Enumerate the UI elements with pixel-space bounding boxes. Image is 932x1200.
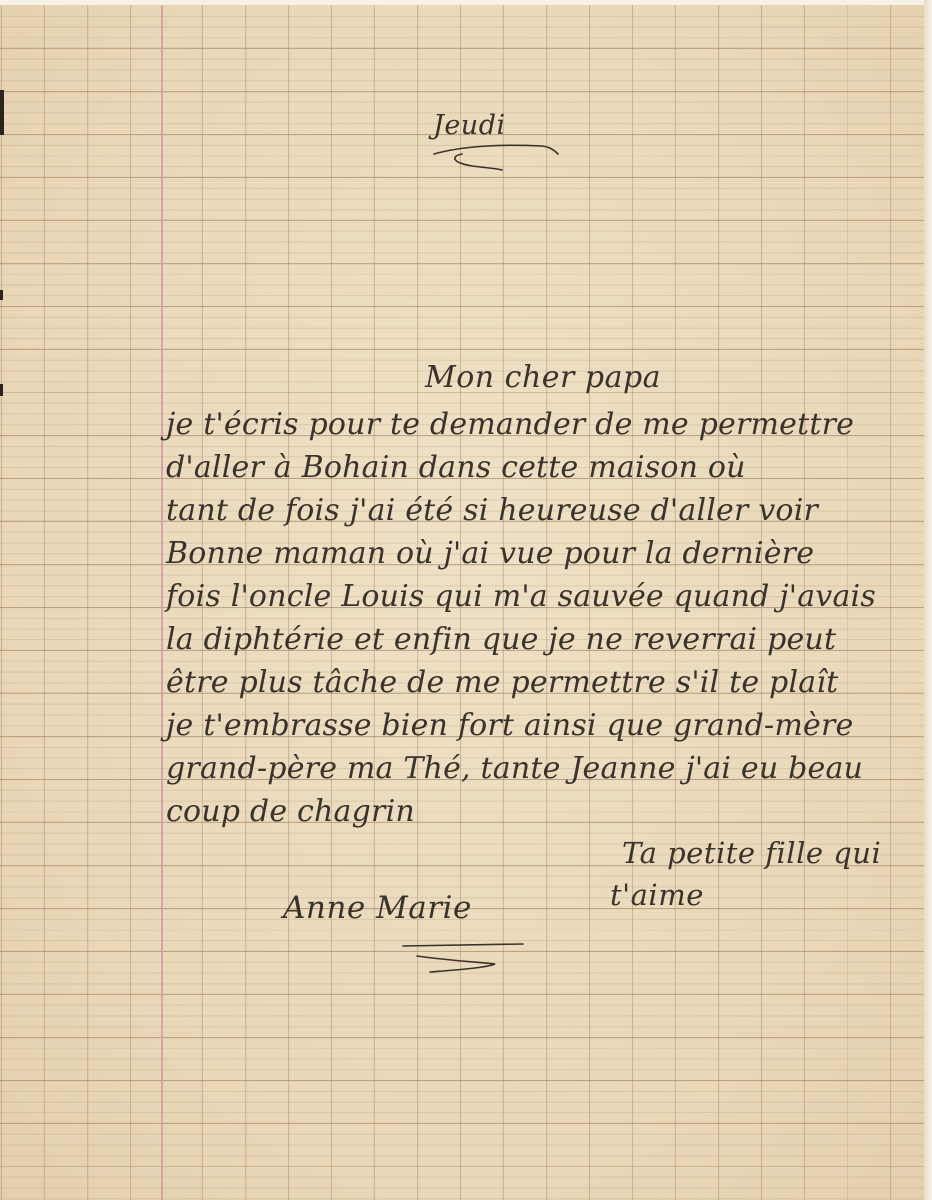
letter-page: Jeudi Mon cher papa je t'écris pour te d… (0, 0, 932, 1200)
letter-body-line: je t'écris pour te demander de me permet… (166, 407, 854, 442)
letter-body-line: tant de fois j'ai été si heureuse d'alle… (166, 493, 818, 528)
closing-line: t'aime (610, 878, 704, 912)
letter-body-line: je t'embrasse bien fort ainsi que grand-… (166, 708, 853, 743)
letter-body-line: coup de chagrin (166, 794, 415, 829)
letter-body-line: d'aller à Bohain dans cette maison où (166, 450, 746, 485)
date-flourish-icon (432, 142, 562, 172)
letter-greeting: Mon cher papa (425, 360, 661, 395)
signature-underline-flourish-icon (395, 938, 530, 978)
binder-hole-mark (0, 90, 4, 135)
margin-line (161, 5, 163, 1200)
letter-body-line: la diphtérie et enfin que je ne reverrai… (166, 622, 836, 657)
letter-body-line: grand-père ma Thé, tante Jeanne j'ai eu … (166, 751, 863, 786)
binder-hole-mark (0, 290, 3, 300)
closing-line: Ta petite fille qui (622, 836, 881, 870)
binder-hole-mark (0, 384, 3, 396)
paper-right-edge (924, 0, 932, 1200)
letter-body-line: fois l'oncle Louis qui m'a sauvée quand … (166, 579, 876, 614)
signature: Anne Marie (283, 890, 472, 926)
letter-body-line: Bonne maman où j'ai vue pour la dernière (166, 536, 814, 571)
letter-body-line: être plus tâche de me permettre s'il te … (166, 665, 838, 700)
paper-top-edge (0, 0, 932, 5)
letter-date: Jeudi (433, 110, 506, 141)
